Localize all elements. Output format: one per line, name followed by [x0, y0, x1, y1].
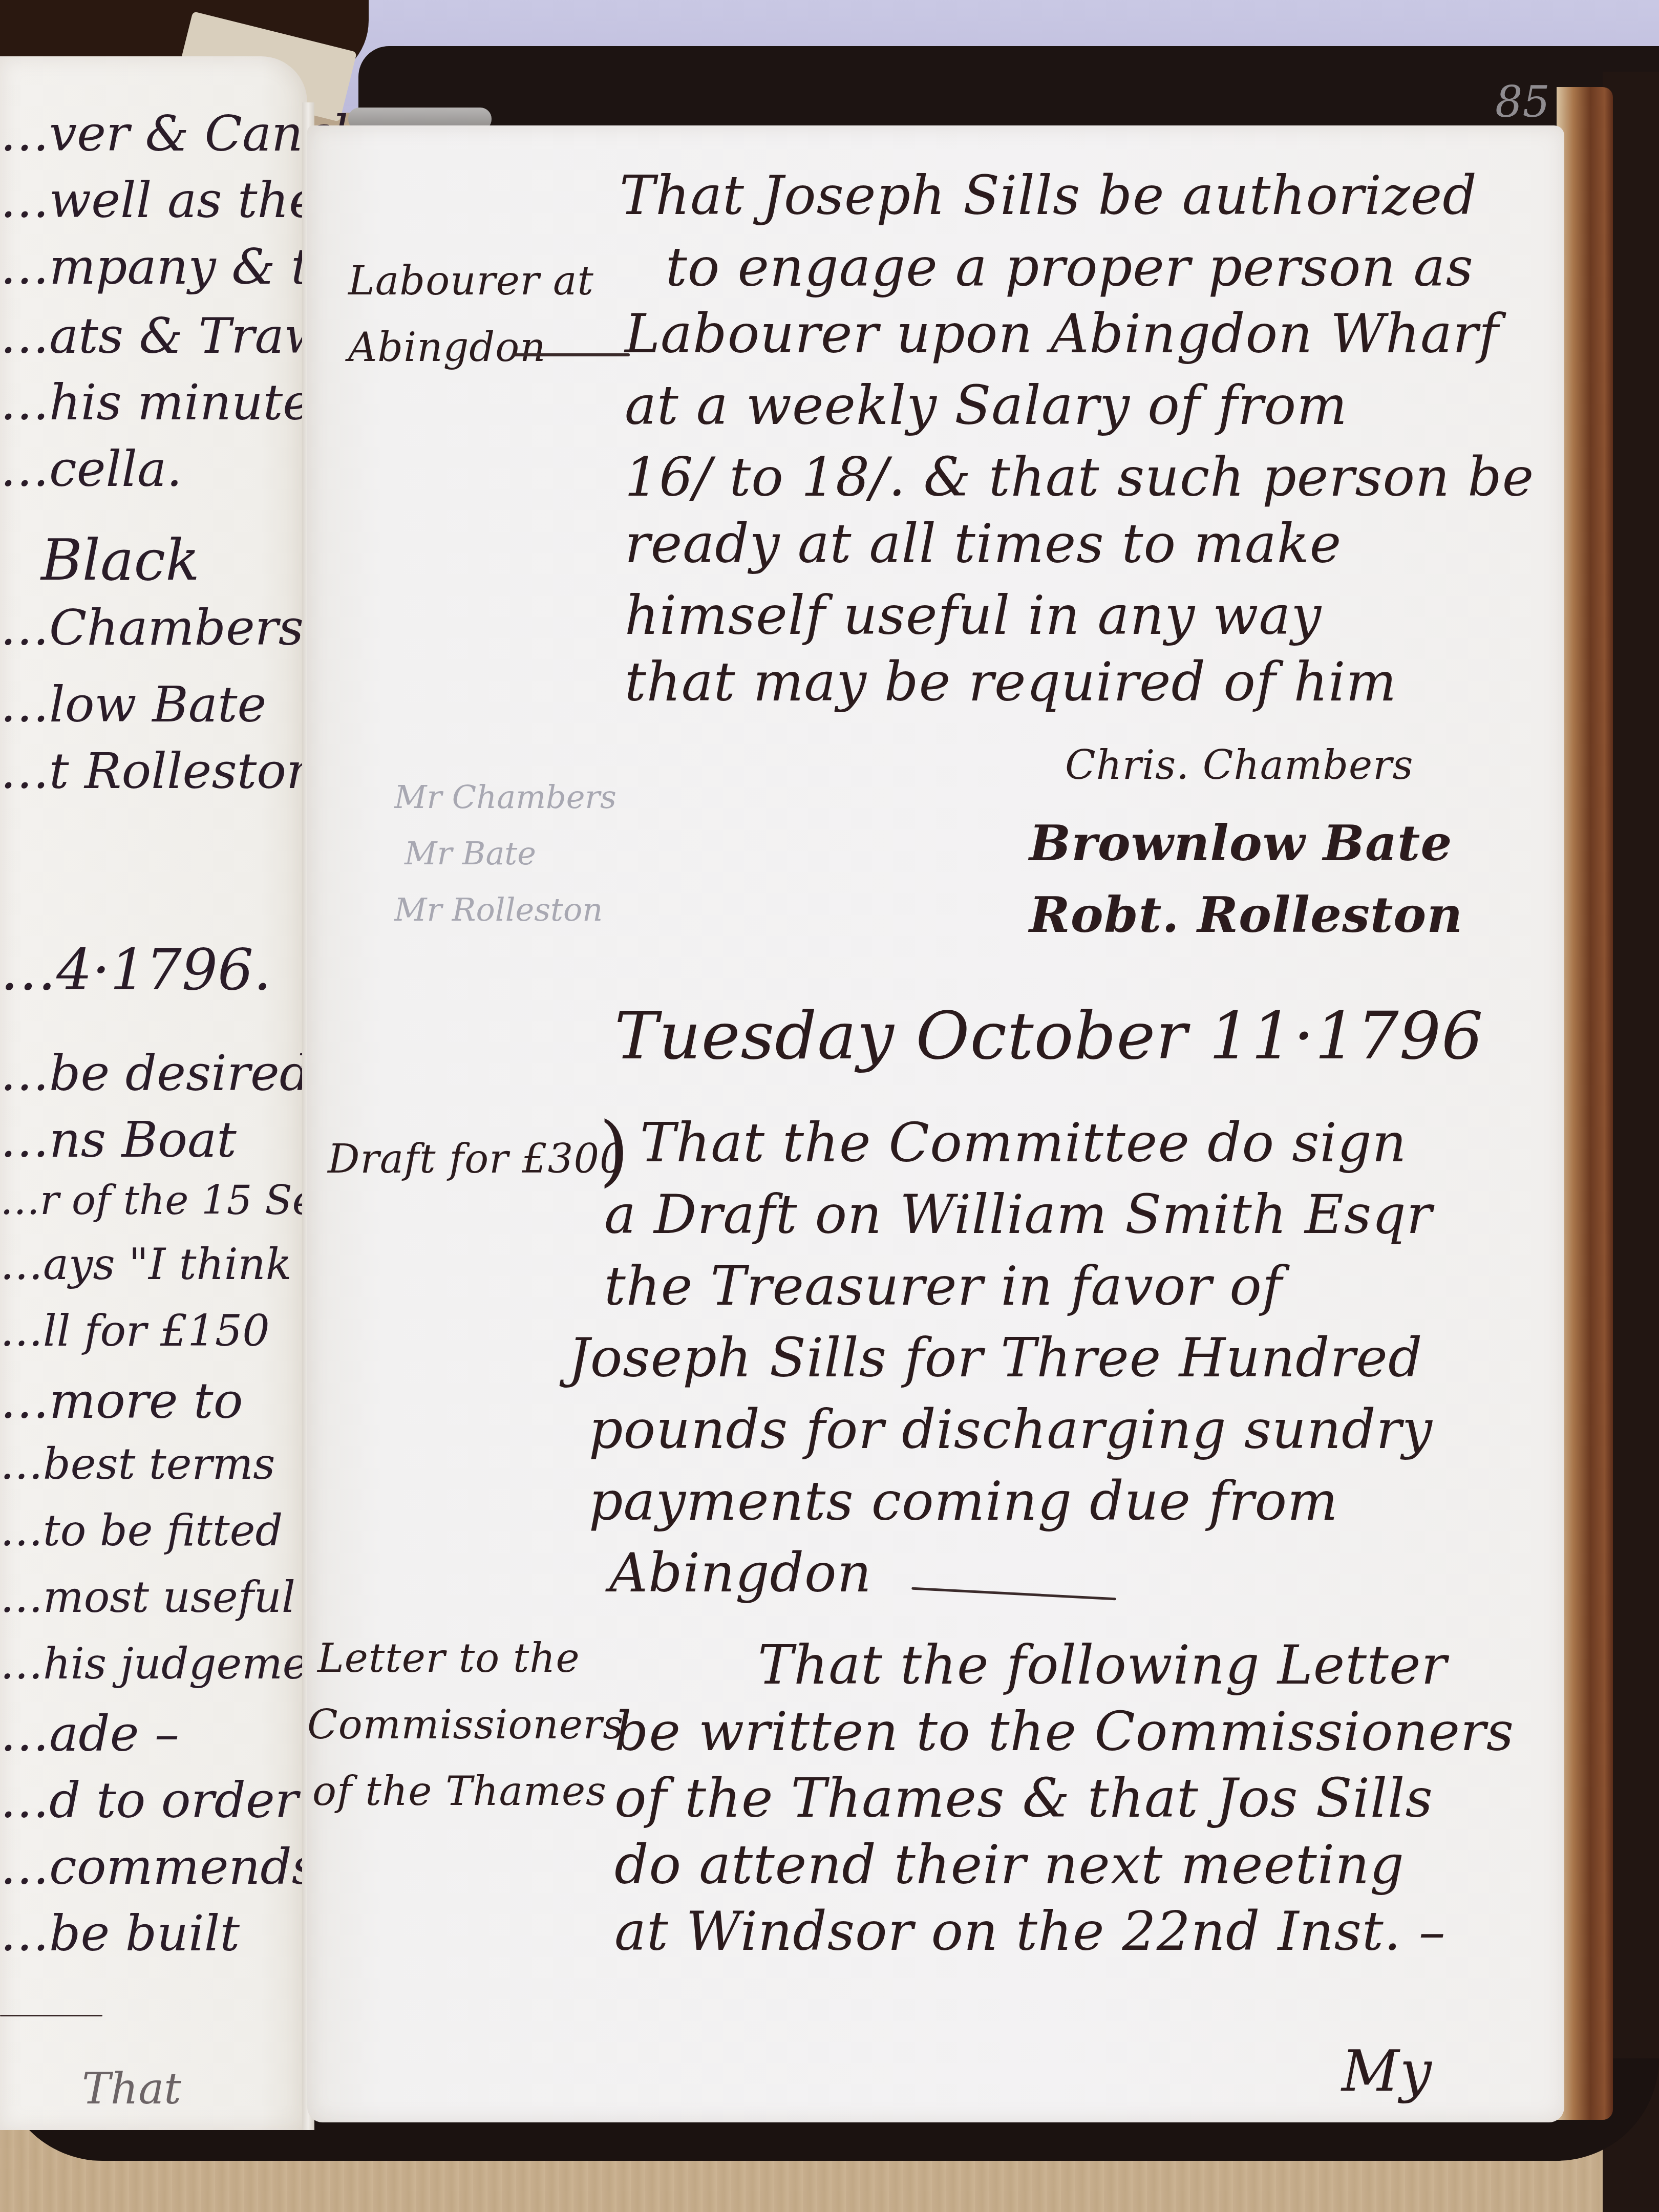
signature-chambers: Chris. Chambers: [1065, 742, 1414, 789]
pencil-note: Mr Rolleston: [394, 891, 603, 928]
page-number: 85: [1495, 77, 1550, 127]
divider-rule: [0, 2015, 102, 2016]
signature-bate: Brownlow Bate: [1029, 814, 1453, 872]
entry-line: pounds for discharging sundry: [589, 1403, 1433, 1456]
catchword: That: [82, 2064, 181, 2114]
margin-note-labourer: Abingdon: [348, 328, 546, 368]
entry-line: of the Thames & that Jos Sills: [614, 1772, 1433, 1825]
entry-line: That the following Letter: [758, 1639, 1447, 1692]
left-page: …ver & Canal …well as the …mpany & the ……: [0, 56, 307, 2130]
entry-line: be written to the Commissioners: [614, 1705, 1514, 1758]
entry-line: 16/ to 18/. & that such person be: [625, 451, 1534, 504]
catchword: My: [1342, 2043, 1432, 2099]
entry-line: at Windsor on the 22nd Inst. –: [614, 1905, 1446, 1958]
entry-line: at a weekly Salary of from: [625, 379, 1348, 432]
entry-line: Joseph Sills for Three Hundred: [568, 1331, 1422, 1385]
entry-line: Labourer upon Abingdon Wharf: [625, 307, 1499, 360]
margin-note-draft: Draft for £300: [328, 1139, 626, 1179]
left-line: …ats & Traws: [0, 307, 351, 365]
left-line: …to be fitted: [0, 1505, 283, 1556]
left-line: …more to: [0, 1372, 243, 1430]
left-line: …his minute: [0, 374, 312, 431]
pencil-note: Mr Bate: [405, 835, 536, 872]
margin-note-letter: of the Thames: [312, 1772, 607, 1812]
entry-line: to engage a proper person as: [666, 241, 1474, 294]
margin-note-labourer: Labourer at: [348, 261, 594, 301]
entry-line: do attend their next meeting: [614, 1838, 1405, 1891]
left-date: …4·1796.: [0, 937, 271, 1003]
date-heading: Tuesday October 11·1796: [614, 1004, 1484, 1069]
margin-brace: ): [599, 1106, 629, 1195]
left-line: …ver & Canal: [0, 105, 348, 162]
margin-note-letter: Letter to the: [317, 1639, 580, 1678]
left-line: …well as the: [0, 172, 318, 229]
left-line: …be built: [0, 1905, 240, 1962]
left-line: …cella.: [0, 440, 182, 498]
margin-note-letter: Commissioners: [307, 1705, 624, 1745]
margin-rule: [512, 353, 630, 356]
left-signature: …t Rolleston: [0, 742, 318, 800]
entry-line: Abingdon: [609, 1546, 872, 1600]
left-line: …ade –: [0, 1705, 179, 1762]
left-signature: …Chambers: [0, 599, 304, 656]
pencil-note: Mr Chambers: [394, 778, 616, 816]
left-line: …commends: [0, 1838, 317, 1896]
left-line: …ns Boat: [0, 1111, 237, 1168]
entry-line: himself useful in any way: [625, 589, 1322, 642]
left-line: …ays "I think: [0, 1239, 292, 1289]
entry-line: ready at all times to make: [625, 517, 1342, 570]
signature-rolleston: Robt. Rolleston: [1029, 886, 1463, 944]
entry-line: that may be required of him: [625, 655, 1397, 709]
left-line: …d to order: [0, 1772, 299, 1829]
entry-line: a Draft on William Smith Esqr: [604, 1188, 1433, 1241]
left-signature: Black: [41, 527, 200, 593]
left-line: …ll for £150: [0, 1306, 270, 1356]
entry-line: That Joseph Sills be authorized: [620, 169, 1477, 222]
entry-line: payments coming due from: [589, 1475, 1338, 1528]
page-fore-edge: [1557, 87, 1613, 2120]
entry-line: the Treasurer in favor of: [604, 1260, 1282, 1313]
entry-line: That the Committee do sign: [640, 1116, 1407, 1169]
left-signature: …low Bate: [0, 676, 266, 733]
left-line: …most useful: [0, 1572, 295, 1622]
left-line: …best terms: [0, 1439, 275, 1489]
